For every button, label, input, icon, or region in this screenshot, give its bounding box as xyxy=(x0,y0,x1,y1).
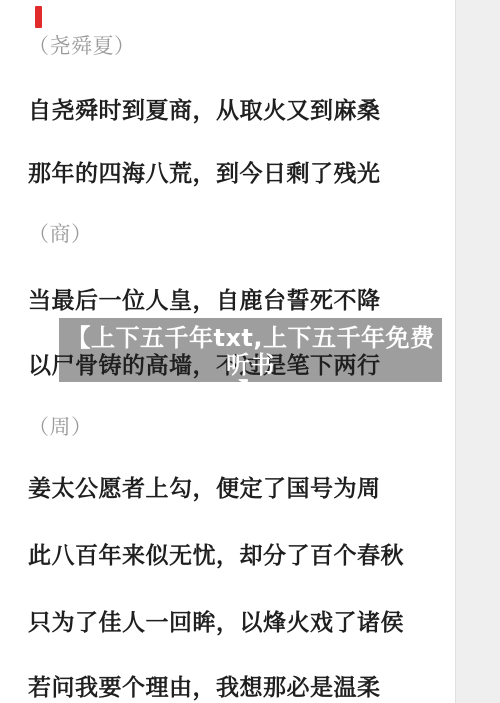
scroll-position-marker xyxy=(35,6,42,28)
lyric-line: 那年的四海八荒，到今日剩了残光 xyxy=(28,155,381,188)
lyric-line: 当最后一位人皇，自鹿台誓死不降 xyxy=(28,282,381,315)
section-heading-yaoshunxia: （尧舜夏） xyxy=(28,30,136,60)
section-heading-shang: （商） xyxy=(28,218,93,248)
lyric-line: 以尸骨铸的高墙，不过是笔下两行 xyxy=(28,347,381,380)
lyric-line: 此八百年来似无忧，却分了百个春秋 xyxy=(28,537,404,570)
lyric-line: 自尧舜时到夏商，从取火又到麻桑 xyxy=(28,92,381,125)
lyrics-page: （尧舜夏） 自尧舜时到夏商，从取火又到麻桑 那年的四海八荒，到今日剩了残光 （商… xyxy=(0,0,500,703)
right-gutter xyxy=(455,0,500,703)
lyric-line: 只为了佳人一回眸，以烽火戏了诸侯 xyxy=(28,604,404,637)
lyric-line: 姜太公愿者上勾，便定了国号为周 xyxy=(28,470,381,503)
lyric-line: 若问我要个理由，我想那必是温柔 xyxy=(28,669,381,702)
watermark-text-closing-bracket: 】 xyxy=(238,378,263,406)
section-heading-zhou: （周） xyxy=(28,411,93,441)
